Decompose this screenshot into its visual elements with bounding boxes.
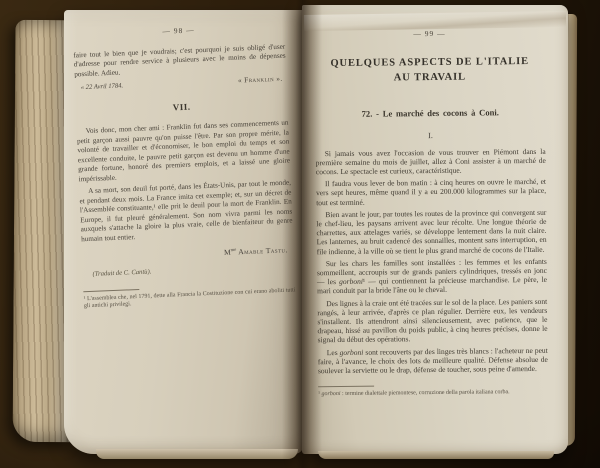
author-line: Mme Amable Tastu. <box>82 242 294 263</box>
left-page: — 98 — faire tout le bien que je voudrai… <box>64 10 304 454</box>
paragraph: faire tout le bien que je voudrais; c'es… <box>73 42 286 79</box>
paragraph: Il faudra vous lever de bon matin : à ci… <box>316 177 546 207</box>
right-footnote: ¹ gorboni : termine dialettale piemontes… <box>318 389 548 399</box>
paragraph: Bien avant le jour, par toutes les route… <box>316 208 546 256</box>
right-page-content: — 99 — QUELQUES ASPECTS DE L'ITALIE AU T… <box>300 4 571 456</box>
letter-signature: « Franklin ». <box>238 74 287 86</box>
left-page-content: — 98 — faire tout le bien que je voudrai… <box>56 5 314 459</box>
subsection-numeral: I. <box>315 130 545 142</box>
footnote-rule <box>318 386 374 388</box>
section-title-72: 72. - Le marché des cocons à Coni. <box>315 108 545 120</box>
footnote-rule <box>83 288 139 291</box>
right-page-bottom-curl <box>318 451 554 459</box>
right-page: — 99 — QUELQUES ASPECTS DE L'ITALIE AU T… <box>302 5 568 454</box>
letter-date: « 22 Avril 1784. <box>75 81 124 93</box>
translator-note: (Traduit de C. Cantù). <box>82 261 294 279</box>
chapter-title: QUELQUES ASPECTS DE L'ITALIE AU TRAVAIL <box>315 55 545 86</box>
left-page-bottom-curl <box>96 449 298 459</box>
paragraph: Vois donc, mon cher ami : Franklin fut d… <box>76 119 290 185</box>
paragraph: Sur les chars les familles sont installé… <box>317 257 547 296</box>
chapter-title-line1: QUELQUES ASPECTS DE L'ITALIE <box>315 55 545 72</box>
paragraph: Des lignes à la craie ont été tracées su… <box>317 296 547 344</box>
section-heading-vii: VII. <box>76 98 288 116</box>
right-body-paragraphs: Si jamais vous avez l'occasion de vous t… <box>316 146 548 375</box>
right-page-number: — 99 — <box>314 28 544 40</box>
book-photo: — 98 — faire tout le bien que je voudrai… <box>0 0 600 468</box>
paragraph: Si jamais vous avez l'occasion de vous t… <box>316 146 546 176</box>
left-footnote: ¹ L'assemblea che, nel 1791, dette alla … <box>84 287 296 311</box>
left-page-number: — 98 — <box>72 22 284 40</box>
chapter-title-line2: AU TRAVAIL <box>315 70 545 87</box>
paragraph: Les gorboni sont recouverts par des ling… <box>318 346 548 376</box>
left-opening-paragraph: faire tout le bien que je voudrais; c'es… <box>73 42 286 79</box>
author-name: Amable Tastu. <box>238 245 288 256</box>
paragraph: A sa mort, son deuil fut porté, dans les… <box>79 179 293 245</box>
left-body-paragraphs: Vois donc, mon cher ami : Franklin fut d… <box>76 119 293 245</box>
author-superscript: me <box>231 247 237 252</box>
